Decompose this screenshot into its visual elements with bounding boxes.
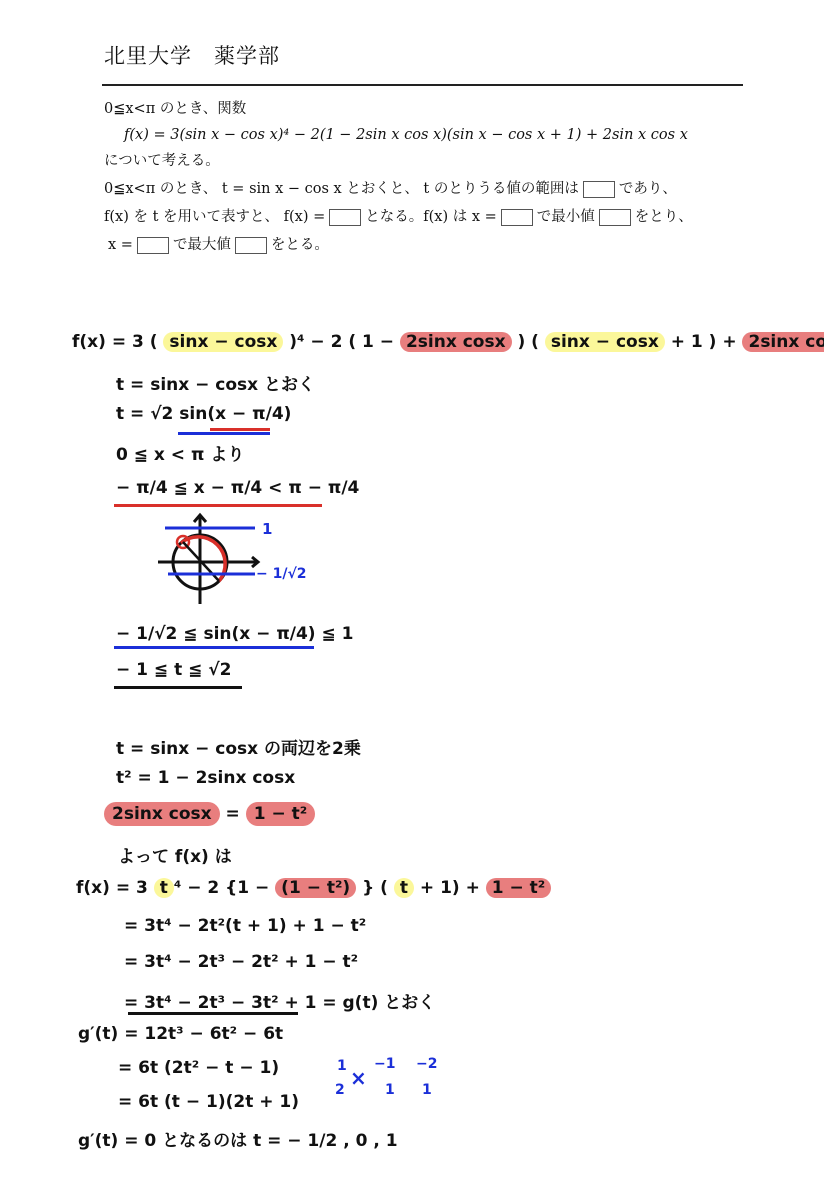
handwritten-text: + 1 ) + [671, 332, 737, 352]
header-divider [102, 84, 743, 86]
problem-text: をとり、 [635, 209, 693, 225]
solution-line-19: g′(t) = 0 となるのは t = − 1/2 , 0 , 1 [78, 1126, 398, 1151]
solution-line-9: t² = 1 − 2sinx cosx [116, 768, 295, 788]
factor-c1: −2 [416, 1056, 437, 1072]
factor-c2: 1 [422, 1082, 432, 1098]
problem-text: をとる。 [271, 237, 329, 253]
problem-line-1: 0≦x<π のとき、関数 [104, 96, 246, 122]
solution-line-10: 2sinx cosx = 1 − t² [104, 804, 315, 824]
solution-line-17: = 6t (2t² − t − 1) [118, 1058, 279, 1078]
problem-text: となる。f(x) は x = [365, 209, 497, 225]
red-highlight: 2sinx cosx [104, 802, 220, 826]
solution-line-8: t = sinx − cosx の両辺を2乗 [116, 734, 361, 759]
factor-a1: 1 [337, 1058, 347, 1074]
red-highlight: 1 − t² [246, 802, 315, 826]
solution-line-11: よって f(x) は [118, 842, 232, 867]
handwritten-text: = [226, 804, 240, 824]
yellow-highlight: sinx − cosx [163, 332, 283, 352]
answer-box-x-max[interactable] [137, 237, 169, 254]
problem-line-6: x =で最大値をとる。 [108, 232, 329, 258]
graph-label-bottom: − 1/√2 [256, 566, 307, 582]
handwritten-text: + 1) + [420, 878, 480, 898]
red-highlight: 2sinx cosx [400, 332, 512, 352]
solution-line-6: − 1/√2 ≦ sin(x − π/4) ≦ 1 [116, 624, 353, 644]
problem-text: で最大値 [173, 237, 231, 253]
yellow-highlight: t [394, 878, 414, 898]
answer-double-underline [114, 686, 242, 689]
handwritten-text: } ( [362, 878, 388, 898]
graph-label-top: 1 [262, 520, 272, 538]
solution-line-14: = 3t⁴ − 2t³ − 2t² + 1 − t² [124, 952, 358, 972]
problem-line-5: f(x) を t を用いて表すと、 f(x) =となる。f(x) は x =で最… [104, 204, 693, 230]
handwritten-text: f(x) = 3 [76, 878, 148, 898]
problem-text: 0≦x<π のとき、 t = sin x − cos x とおくと、 t のとり… [104, 181, 579, 197]
solution-line-16: g′(t) = 12t³ − 6t² − 6t [78, 1024, 283, 1044]
solution-line-5: − π/4 ≦ x − π/4 < π − π/4 [116, 478, 359, 498]
solution-line-15: = 3t⁴ − 2t³ − 3t² + 1 = g(t) とおく [124, 988, 435, 1013]
problem-text: で最小値 [537, 209, 595, 225]
problem-line-3: について考える。 [104, 148, 220, 174]
red-underline [210, 428, 270, 431]
solution-line-1: f(x) = 3 ( sinx − cosx )⁴ − 2 ( 1 − 2sin… [72, 332, 824, 352]
answer-box-min-value[interactable] [599, 209, 631, 226]
factor-a2: 2 [335, 1082, 345, 1098]
solution-line-4: 0 ≦ x < π より [116, 440, 244, 465]
handwritten-text: )⁴ − 2 ( 1 − [289, 332, 394, 352]
blue-underline [178, 432, 270, 435]
yellow-highlight: t [154, 878, 174, 898]
solution-line-7: − 1 ≦ t ≦ √2 [116, 660, 231, 680]
handwritten-text: ⁴ − 2 {1 − [174, 878, 269, 898]
factor-b1: −1 [374, 1056, 395, 1072]
solution-line-12: f(x) = 3 t⁴ − 2 {1 − (1 − t²) } ( t + 1)… [76, 878, 551, 898]
red-highlight: (1 − t²) [275, 878, 356, 898]
yellow-highlight: sinx − cosx [545, 332, 665, 352]
solution-line-3: t = √2 sin(x − π/4) [116, 404, 291, 424]
problem-text: であり、 [619, 181, 677, 197]
answer-box-t-range[interactable] [583, 181, 615, 198]
problem-text: f(x) を t を用いて表すと、 f(x) = [104, 209, 325, 225]
page-title: 北里大学 薬学部 [104, 40, 280, 70]
problem-function: f(x) = 3(sin x − cos x)⁴ − 2(1 − 2sin x … [124, 122, 688, 148]
handwritten-text: ) ( [517, 332, 538, 352]
unit-circle-graph [150, 512, 300, 607]
solution-line-18: = 6t (t − 1)(2t + 1) [118, 1092, 299, 1112]
answer-double-underline [128, 1012, 298, 1015]
answer-box-f-of-t[interactable] [329, 209, 361, 226]
red-underline [114, 504, 322, 507]
answer-box-x-min[interactable] [501, 209, 533, 226]
answer-box-max-value[interactable] [235, 237, 267, 254]
factor-b2: 1 [385, 1082, 395, 1098]
red-highlight: 2sinx cosx [742, 332, 824, 352]
problem-line-4: 0≦x<π のとき、 t = sin x − cos x とおくと、 t のとり… [104, 176, 677, 202]
factor-cross: × [350, 1066, 367, 1090]
handwritten-text: f(x) = 3 ( [72, 332, 158, 352]
red-highlight: 1 − t² [486, 878, 551, 898]
solution-line-13: = 3t⁴ − 2t²(t + 1) + 1 − t² [124, 916, 366, 936]
problem-text: x = [108, 237, 133, 253]
solution-line-2: t = sinx − cosx とおく [116, 370, 315, 395]
blue-underline [114, 646, 314, 649]
